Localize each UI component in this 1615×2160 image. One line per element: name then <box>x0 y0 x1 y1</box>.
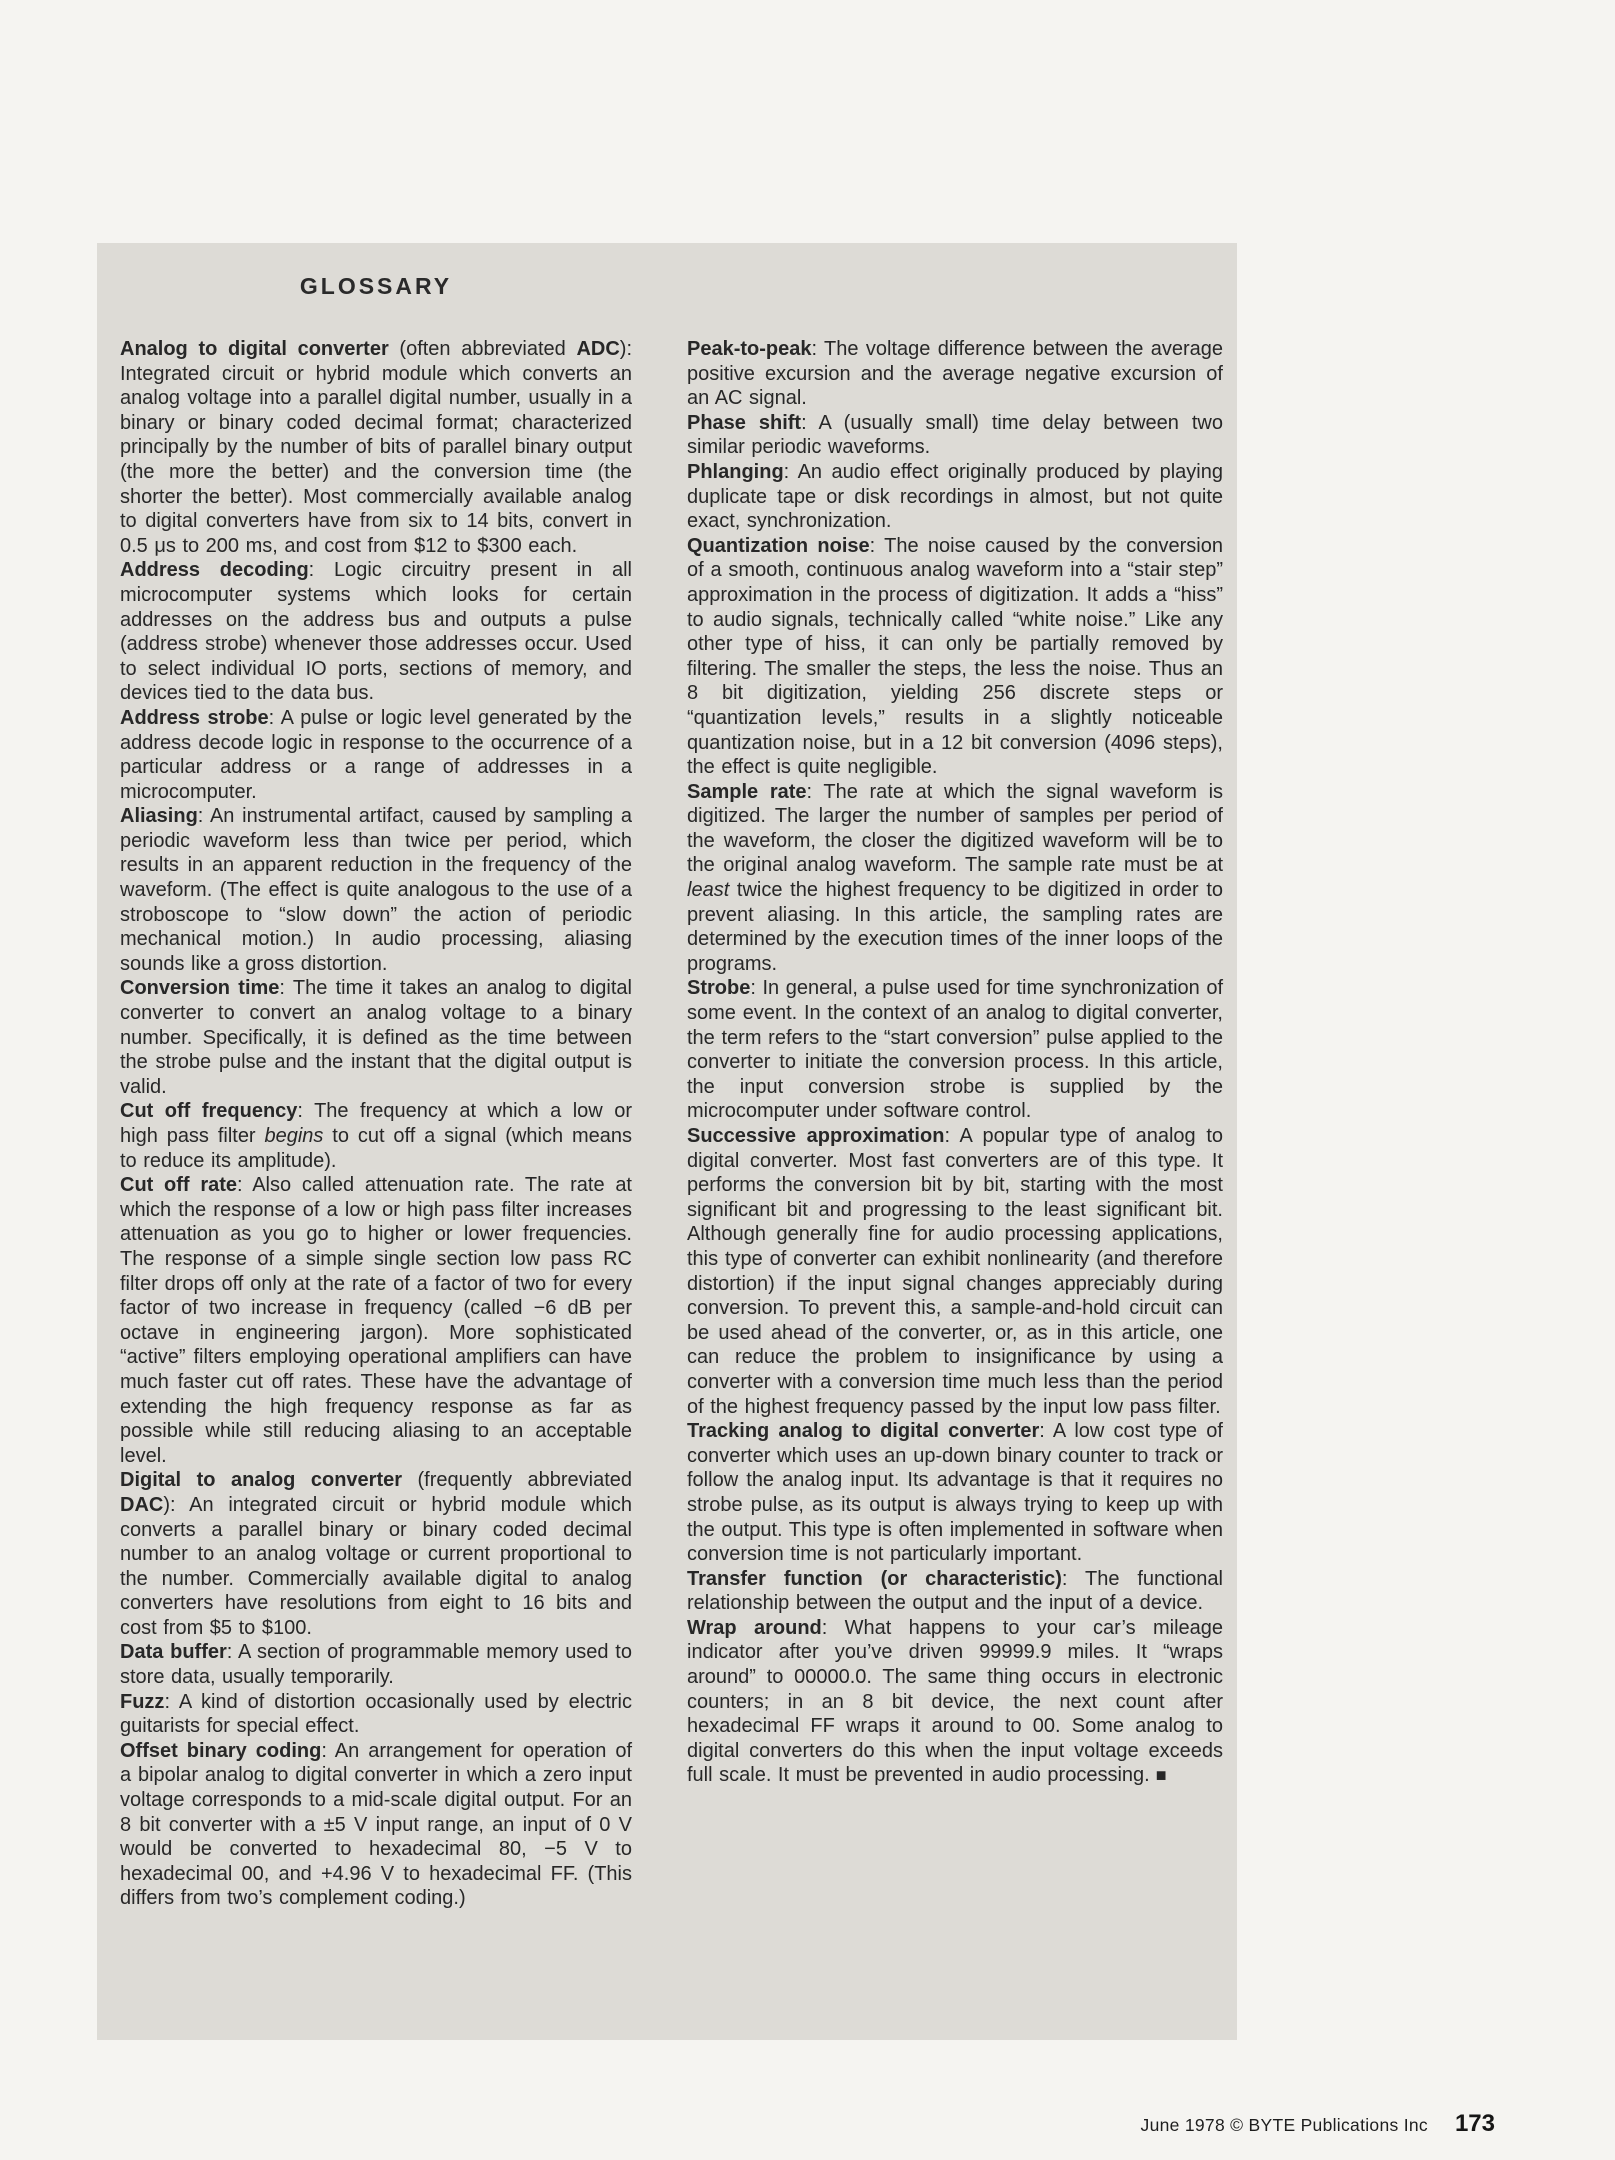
glossary-entry: Transfer function (or characteristic): T… <box>687 1567 1223 1616</box>
glossary-term: Analog to digital converter <box>120 338 389 360</box>
glossary-entry: Peak-to-peak: The voltage difference bet… <box>687 337 1223 411</box>
glossary-term: Quantization noise <box>687 535 870 557</box>
glossary-text: : What happens to your car’s mileage ind… <box>687 1617 1223 1787</box>
glossary-text: ): Integrated circuit or hybrid module w… <box>120 338 632 557</box>
glossary-entry: Cut off rate: Also called attenuation ra… <box>120 1173 632 1468</box>
glossary-term: Tracking analog to digital converter <box>687 1420 1039 1442</box>
glossary-term: Cut off frequency <box>120 1100 297 1122</box>
glossary-column-right: Peak-to-peak: The voltage difference bet… <box>687 337 1223 1788</box>
glossary-term: Peak-to-peak <box>687 338 812 360</box>
glossary-text: least <box>687 879 729 901</box>
glossary-term: Address strobe <box>120 707 269 729</box>
glossary-term: Fuzz <box>120 1691 164 1713</box>
glossary-column-left: Analog to digital converter (often abbre… <box>120 337 632 1911</box>
glossary-text: ■ <box>1150 1765 1167 1785</box>
glossary-entry: Address decoding: Logic circuitry presen… <box>120 558 632 706</box>
glossary-entry: Sample rate: The rate at which the signa… <box>687 780 1223 977</box>
page-footer: June 1978 © BYTE Publications Inc 173 <box>1141 2110 1495 2138</box>
glossary-term: Digital to analog converter <box>120 1469 402 1491</box>
footer-credit: June 1978 © BYTE Publications Inc <box>1141 2115 1428 2136</box>
glossary-entry: Data buffer: A section of programmable m… <box>120 1640 632 1689</box>
glossary-entry: Fuzz: A kind of distortion occasionally … <box>120 1690 632 1739</box>
glossary-entry: Digital to analog converter (frequently … <box>120 1468 632 1640</box>
glossary-text: (often abbreviated <box>389 338 577 360</box>
glossary-entry: Successive approximation: A popular type… <box>687 1124 1223 1419</box>
glossary-text: : In general, a pulse used for time sync… <box>687 977 1223 1122</box>
glossary-term: ADC <box>576 338 619 360</box>
glossary-panel: GLOSSARY Analog to digital converter (of… <box>97 243 1237 2040</box>
glossary-entry: Quantization noise: The noise caused by … <box>687 534 1223 780</box>
glossary-term: Strobe <box>687 977 750 999</box>
glossary-text: : The noise caused by the conversion of … <box>687 535 1223 778</box>
glossary-text: begins <box>264 1125 323 1147</box>
glossary-text: (frequently abbreviated <box>402 1469 632 1491</box>
glossary-term: Phase shift <box>687 412 801 434</box>
glossary-entry: Cut off frequency: The frequency at whic… <box>120 1099 632 1173</box>
glossary-entry: Strobe: In general, a pulse used for tim… <box>687 976 1223 1124</box>
glossary-term: Phlanging <box>687 461 784 483</box>
glossary-entry: Tracking analog to digital converter: A … <box>687 1419 1223 1567</box>
glossary-text: : An instrumental artifact, caused by sa… <box>120 805 632 975</box>
glossary-text: : An arrangement for operation of a bipo… <box>120 1740 632 1910</box>
glossary-term: Conversion time <box>120 977 279 999</box>
glossary-entry: Aliasing: An instrumental artifact, caus… <box>120 804 632 976</box>
glossary-text: : A kind of distortion occasionally used… <box>120 1691 632 1738</box>
glossary-entry: Analog to digital converter (often abbre… <box>120 337 632 558</box>
glossary-text: : A popular type of analog to digital co… <box>687 1125 1223 1418</box>
glossary-term: DAC <box>120 1494 163 1516</box>
glossary-entry: Phase shift: A (usually small) time dela… <box>687 411 1223 460</box>
glossary-term: Wrap around <box>687 1617 822 1639</box>
glossary-term: Address decoding <box>120 559 309 581</box>
glossary-term: Offset binary coding <box>120 1740 321 1762</box>
glossary-text: twice the highest frequency to be digiti… <box>687 879 1223 975</box>
glossary-text: ): An integrated circuit or hybrid modul… <box>120 1494 632 1639</box>
glossary-entry: Offset binary coding: An arrangement for… <box>120 1739 632 1911</box>
glossary-term: Cut off rate <box>120 1174 237 1196</box>
glossary-term: Sample rate <box>687 781 807 803</box>
glossary-term: Aliasing <box>120 805 198 827</box>
glossary-term: Successive approximation <box>687 1125 944 1147</box>
glossary-entry: Wrap around: What happens to your car’s … <box>687 1616 1223 1788</box>
glossary-term: Data buffer <box>120 1641 227 1663</box>
glossary-entry: Conversion time: The time it takes an an… <box>120 976 632 1099</box>
glossary-term: Transfer function (or characteristic) <box>687 1568 1062 1590</box>
glossary-entry: Phlanging: An audio effect originally pr… <box>687 460 1223 534</box>
page-title: GLOSSARY <box>120 273 632 300</box>
footer-page-number: 173 <box>1455 2110 1495 2138</box>
glossary-entry: Address strobe: A pulse or logic level g… <box>120 706 632 804</box>
glossary-text: : Also called attenuation rate. The rate… <box>120 1174 632 1467</box>
